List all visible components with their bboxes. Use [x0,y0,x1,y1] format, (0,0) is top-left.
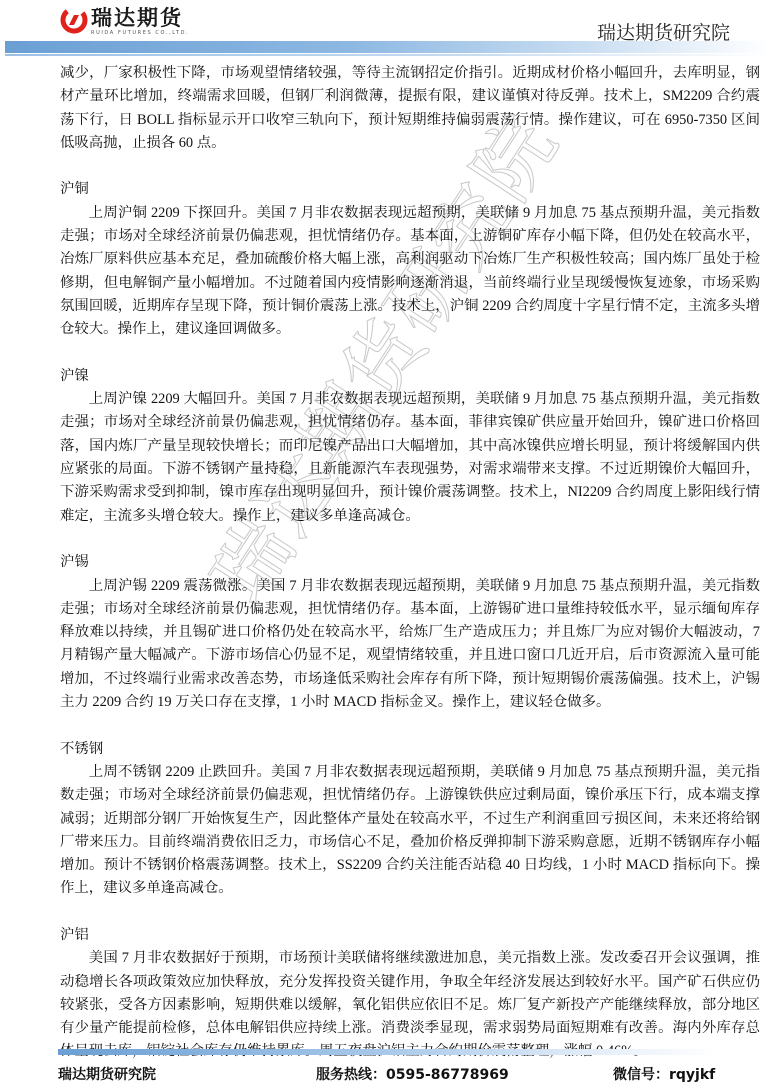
section-body-copper: 上周沪铜 2209 下探回升。美国 7 月非农数据表现远超预期，美联储 9 月加… [60,202,760,342]
company-logo: 瑞达期货 RUIDA FUTURES CO.,LTD. [60,6,189,37]
footer-institute: 瑞达期货研究院 [58,1064,156,1084]
section-body-nickel: 上周沪镍 2209 大幅回升。美国 7 月非农数据表现远超预期，美联储 9 月加… [60,388,760,528]
section-body-stainless-steel: 上周不锈钢 2209 止跌回升。美国 7 月非农数据表现远超预期，美联储 9 月… [60,761,760,901]
header-divider-bar [5,41,770,53]
footer-hotline: 服务热线：0595-86778969 [316,1064,509,1084]
report-body: 减少，厂家积极性下降，市场观望情绪较强，等待主流钢招定价指引。近期成材价格小幅回… [60,62,760,1064]
section-title-aluminum: 沪铝 [60,924,760,947]
section-title-tin: 沪锡 [60,551,760,574]
section-title-nickel: 沪镍 [60,365,760,388]
ruida-logo-icon [60,6,88,34]
section-title-copper: 沪铜 [60,178,760,201]
section-body-tin: 上周沪锡 2209 震荡微涨。美国 7 月非农数据表现远超预期，美联储 9 月加… [60,575,760,715]
footer-divider-bar [58,1049,716,1055]
section-title-stainless-steel: 不锈钢 [60,738,760,761]
footer-wechat: 微信号：rqyjkf [613,1064,715,1084]
header-divider-line [5,54,770,56]
logo-english-name: RUIDA FUTURES CO.,LTD. [91,30,189,37]
page-header: 瑞达期货 RUIDA FUTURES CO.,LTD. 瑞达期货研究院 [0,0,770,60]
section-body-aluminum: 美国 7 月非农数据好于预期，市场预计美联储将继续激进加息，美元指数上涨。发改委… [60,947,760,1063]
logo-chinese-name: 瑞达期货 [91,6,189,30]
page-footer: 瑞达期货研究院 服务热线：0595-86778969 微信号：rqyjkf [58,1064,718,1086]
continuation-paragraph: 减少，厂家积极性下降，市场观望情绪较强，等待主流钢招定价指引。近期成材价格小幅回… [60,62,760,155]
